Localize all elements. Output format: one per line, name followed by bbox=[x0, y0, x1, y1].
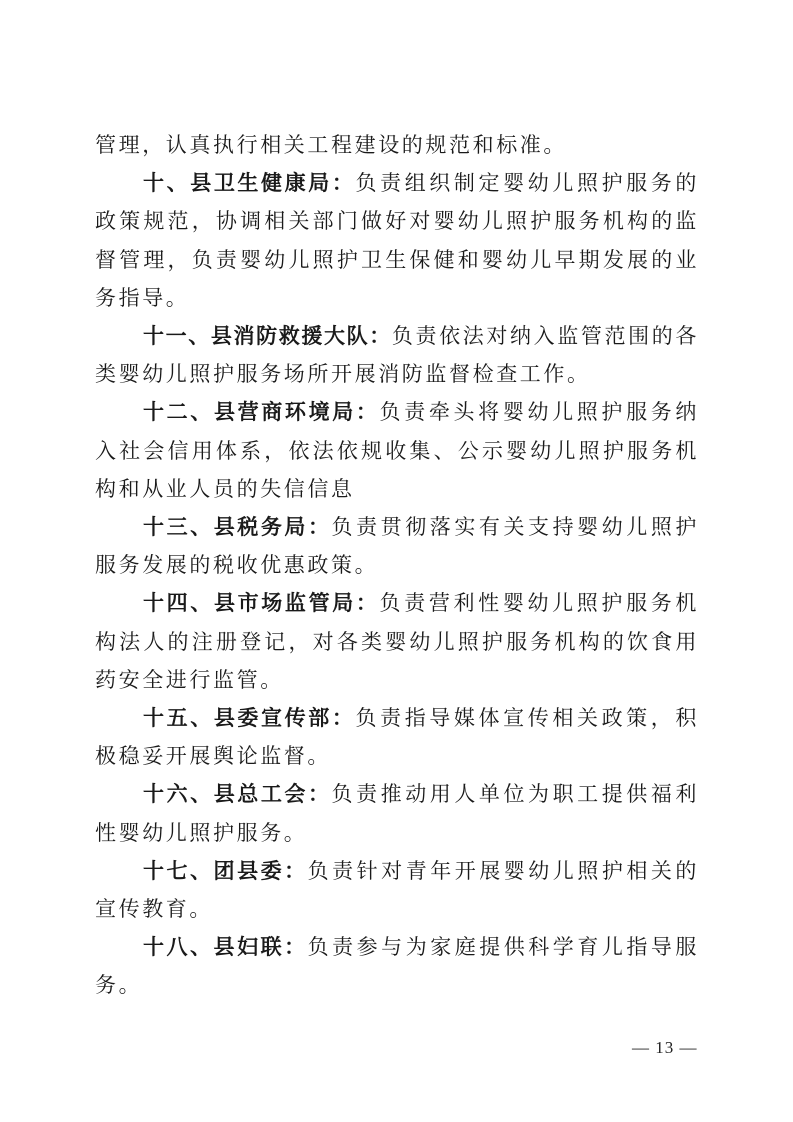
department-heading: 十七、团县委： bbox=[143, 859, 308, 883]
duty-paragraph-business-environment: 十二、县营商环境局：负责牵头将婴幼儿照护服务纳入社会信用体系，依法依规收集、公示… bbox=[95, 393, 699, 508]
duty-paragraph-health-bureau: 十、县卫生健康局：负责组织制定婴幼儿照护服务的政策规范，协调相关部门做好对婴幼儿… bbox=[95, 164, 699, 317]
department-heading: 十五、县委宣传部： bbox=[143, 706, 355, 730]
department-heading: 十八、县妇联： bbox=[143, 935, 308, 959]
page-number: — 13 — bbox=[632, 1038, 698, 1058]
department-heading: 十一、县消防救援大队： bbox=[143, 324, 392, 348]
duty-paragraph-youth-league: 十七、团县委：负责针对青年开展婴幼儿照护相关的宣传教育。 bbox=[95, 852, 699, 928]
duty-paragraph-publicity-dept: 十五、县委宣传部：负责指导媒体宣传相关政策，积极稳妥开展舆论监督。 bbox=[95, 699, 699, 775]
duty-paragraph-fire-rescue: 十一、县消防救援大队：负责依法对纳入监管范围的各类婴幼儿照护服务场所开展消防监督… bbox=[95, 317, 699, 393]
department-heading: 十六、县总工会： bbox=[143, 782, 332, 806]
department-heading: 十三、县税务局： bbox=[143, 515, 332, 539]
duty-paragraph-tax-bureau: 十三、县税务局：负责贯彻落实有关支持婴幼儿照护服务发展的税收优惠政策。 bbox=[95, 508, 699, 584]
department-heading: 十、县卫生健康局： bbox=[143, 171, 355, 195]
continuation-paragraph: 管理，认真执行相关工程建设的规范和标准。 bbox=[95, 126, 699, 164]
duty-paragraph-womens-federation: 十八、县妇联：负责参与为家庭提供科学育儿指导服务。 bbox=[95, 928, 699, 1004]
department-heading: 十二、县营商环境局： bbox=[143, 400, 380, 424]
document-body: 管理，认真执行相关工程建设的规范和标准。 十、县卫生健康局：负责组织制定婴幼儿照… bbox=[95, 126, 699, 1005]
duty-paragraph-market-regulation: 十四、县市场监管局：负责营利性婴幼儿照护服务机构法人的注册登记，对各类婴幼儿照护… bbox=[95, 584, 699, 699]
duty-paragraph-trade-union: 十六、县总工会：负责推动用人单位为职工提供福利性婴幼儿照护服务。 bbox=[95, 775, 699, 851]
department-heading: 十四、县市场监管局： bbox=[143, 591, 380, 615]
